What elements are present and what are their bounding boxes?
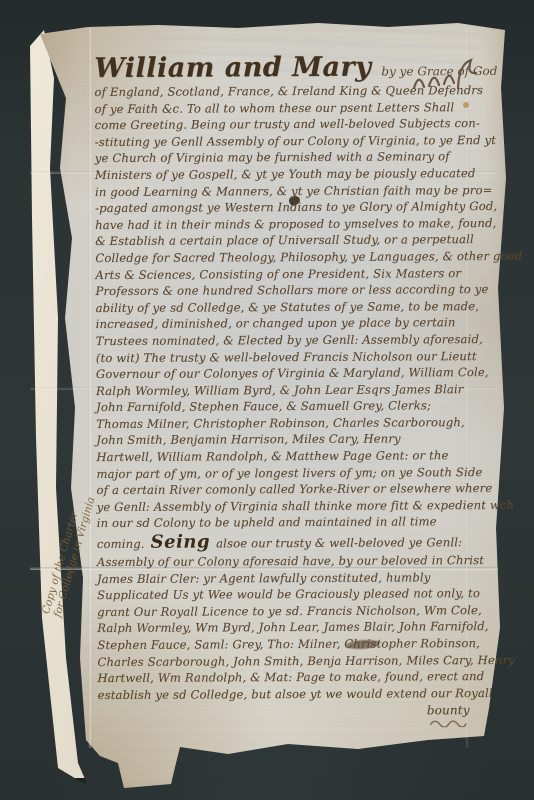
manuscript-line-prefix: coming. bbox=[97, 536, 145, 553]
catchword: bounty bbox=[98, 702, 502, 721]
manuscript-line: Thomas Milner, Christopher Robinson, Cha… bbox=[96, 414, 500, 433]
manuscript-line: Trustees nominated, & Elected by ye Genl… bbox=[96, 331, 500, 350]
manuscript-line: of a certain River comonly called Yorke-… bbox=[96, 480, 500, 499]
manuscript-line: Ralph Wormley, William Byrd, & John Lear… bbox=[96, 381, 500, 400]
manuscript-line: Supplicated Us yt Wee would be Graciousl… bbox=[97, 585, 501, 604]
manuscript-line: major part of ym, or of ye longest liver… bbox=[96, 464, 500, 483]
manuscript-line-rest: alsoe our trusty & well-beloved ye Genll… bbox=[216, 534, 462, 552]
manuscript-line: ye Genll: Assembly of Virginia shall thi… bbox=[97, 497, 501, 516]
manuscript-line: James Blair Cler: yr Agent lawfully cons… bbox=[97, 569, 501, 588]
heading-style-suffix: by ye Grace of God bbox=[381, 64, 497, 79]
manuscript-line: ye Church of Virginia may be furnished w… bbox=[95, 148, 499, 167]
manuscript-line: increased, diminished, or changed upon y… bbox=[96, 314, 500, 333]
manuscript-line: Stephen Fauce, Saml: Grey, Tho: Milner, … bbox=[97, 635, 501, 654]
manuscript-line: Professors & one hundred Schollars more … bbox=[95, 281, 499, 300]
heading-royal-names: William and Mary bbox=[94, 52, 371, 84]
manuscript-line: ability of ye sd Colledge, & ye Statutes… bbox=[96, 298, 500, 317]
emphasized-word: Seing bbox=[151, 531, 211, 552]
manuscript-line: Arts & Sciences, Consisting of one Presi… bbox=[95, 264, 499, 283]
manuscript-line: Governour of our Colonyes of Virginia & … bbox=[96, 364, 500, 383]
catchword-flourish bbox=[430, 719, 468, 727]
manuscript-line: Charles Scarborough, John Smith, Benja H… bbox=[97, 652, 501, 671]
manuscript-line: Colledge for Sacred Theology, Philosophy… bbox=[95, 248, 499, 267]
manuscript-line: Hartwell, Wm Randolph, & Mat: Page to ma… bbox=[97, 668, 501, 687]
photograph-background: Copy of the Charter for Colledge in Virg… bbox=[0, 0, 534, 800]
manuscript-text: William and Mary by ye Grace of God of E… bbox=[94, 51, 502, 729]
manuscript-line: John Smith, Benjamin Harrison, Miles Car… bbox=[96, 430, 500, 449]
manuscript-line: grant Our Royall Licence to ye sd. Franc… bbox=[97, 602, 501, 621]
charter-heading: William and Mary by ye Grace of God bbox=[94, 51, 498, 84]
manuscript-line: come Greeting. Being our trusty and well… bbox=[95, 115, 499, 134]
manuscript-line: -pagated amongst ye Western Indians to y… bbox=[95, 198, 499, 217]
manuscript-line: establish ye sd Colledge, but alsoe yt w… bbox=[98, 685, 502, 704]
manuscript-line: Ministers of ye Gospell, & yt ye Youth m… bbox=[95, 165, 499, 184]
manuscript-line: have had it in their minds & proposed to… bbox=[95, 215, 499, 234]
manuscript-line: of ye Faith &c. To all to whom these our… bbox=[94, 99, 498, 118]
manuscript-line: (to wit) The trusty & well-beloved Franc… bbox=[96, 347, 500, 366]
manuscript-line-emphasized: coming. Seing alsoe our trusty & well-be… bbox=[97, 530, 501, 554]
manuscript-line: Assembly of our Colony aforesaid have, b… bbox=[97, 552, 501, 571]
manuscript-line: Hartwell, William Randolph, & Matthew Pa… bbox=[96, 447, 500, 466]
manuscript-line: John Farnifold, Stephen Fauce, & Samuell… bbox=[96, 397, 500, 416]
manuscript-line: & Establish a certain place of Universal… bbox=[95, 231, 499, 250]
manuscript-line: -stituting ye Genll Assembly of our Colo… bbox=[95, 132, 499, 151]
manuscript-line: Ralph Wormley, Wm Byrd, John Lear, James… bbox=[97, 618, 501, 637]
manuscript-line: in good Learning & Manners, & yt ye Chri… bbox=[95, 182, 499, 201]
manuscript-line: of England, Scotland, France, & Ireland … bbox=[94, 82, 498, 101]
manuscript-line: in our sd Colony to be upheld and mainta… bbox=[97, 513, 501, 532]
